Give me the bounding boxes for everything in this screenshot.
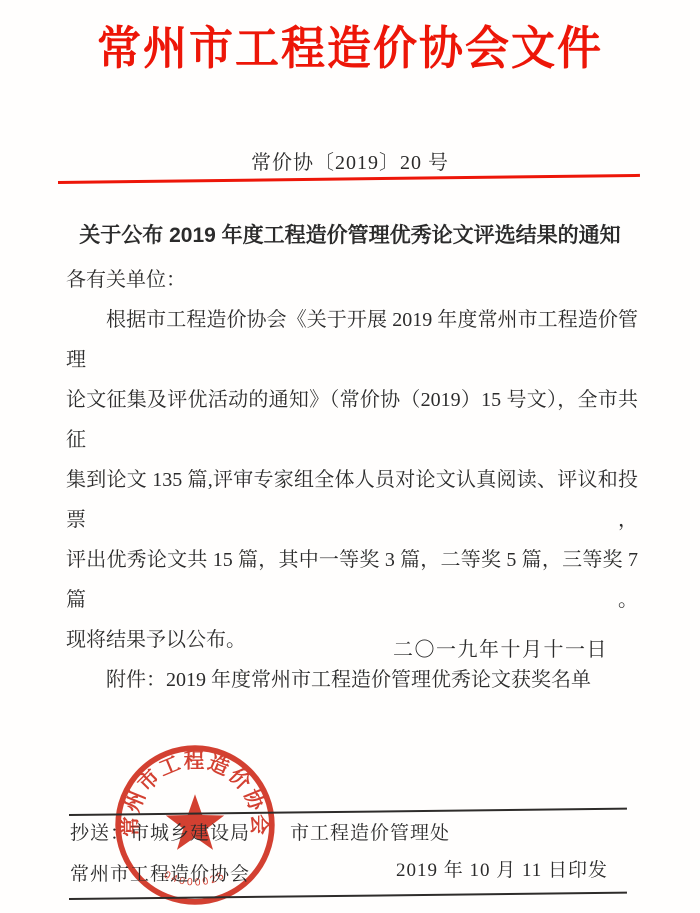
document-page: 常州市工程造价协会文件 常价协〔2019〕20 号 关于公布 2019 年度工程… <box>0 0 700 913</box>
body-line: 集到论文 135 篇,评审专家组全体人员对论文认真阅读、评议和投票， <box>66 460 638 540</box>
cc-line: 抄送：市城乡建设局 市工程造价管理处 <box>70 818 450 845</box>
notice-title: 关于公布 2019 年度工程造价管理优秀论文评选结果的通知 <box>0 219 700 249</box>
sign-date: 二〇一九年十月十一日 <box>393 633 608 662</box>
attachment-line: 附件：2019 年度常州市工程造价管理优秀论文获奖名单 <box>66 660 638 700</box>
salutation: 各有关单位： <box>66 260 638 300</box>
print-date: 2019 年 10 月 11 日印发 <box>396 855 608 882</box>
body-line: 根据市工程造价协会《关于开展 2019 年度常州市工程造价管理 <box>66 300 638 380</box>
red-divider-rule <box>58 174 640 184</box>
issuer-name: 常州市工程造价协会 <box>70 859 250 886</box>
body-line: 评出优秀论文共 15 篇，其中一等奖 3 篇，二等奖 5 篇，三等奖 7 篇。 <box>66 540 638 620</box>
document-number: 常价协〔2019〕20 号 <box>0 146 700 175</box>
org-letterhead-title: 常州市工程造价协会文件 <box>0 11 700 78</box>
body-line: 论文征集及评优活动的通知》（常价协（2019）15 号文），全市共征 <box>66 380 638 460</box>
